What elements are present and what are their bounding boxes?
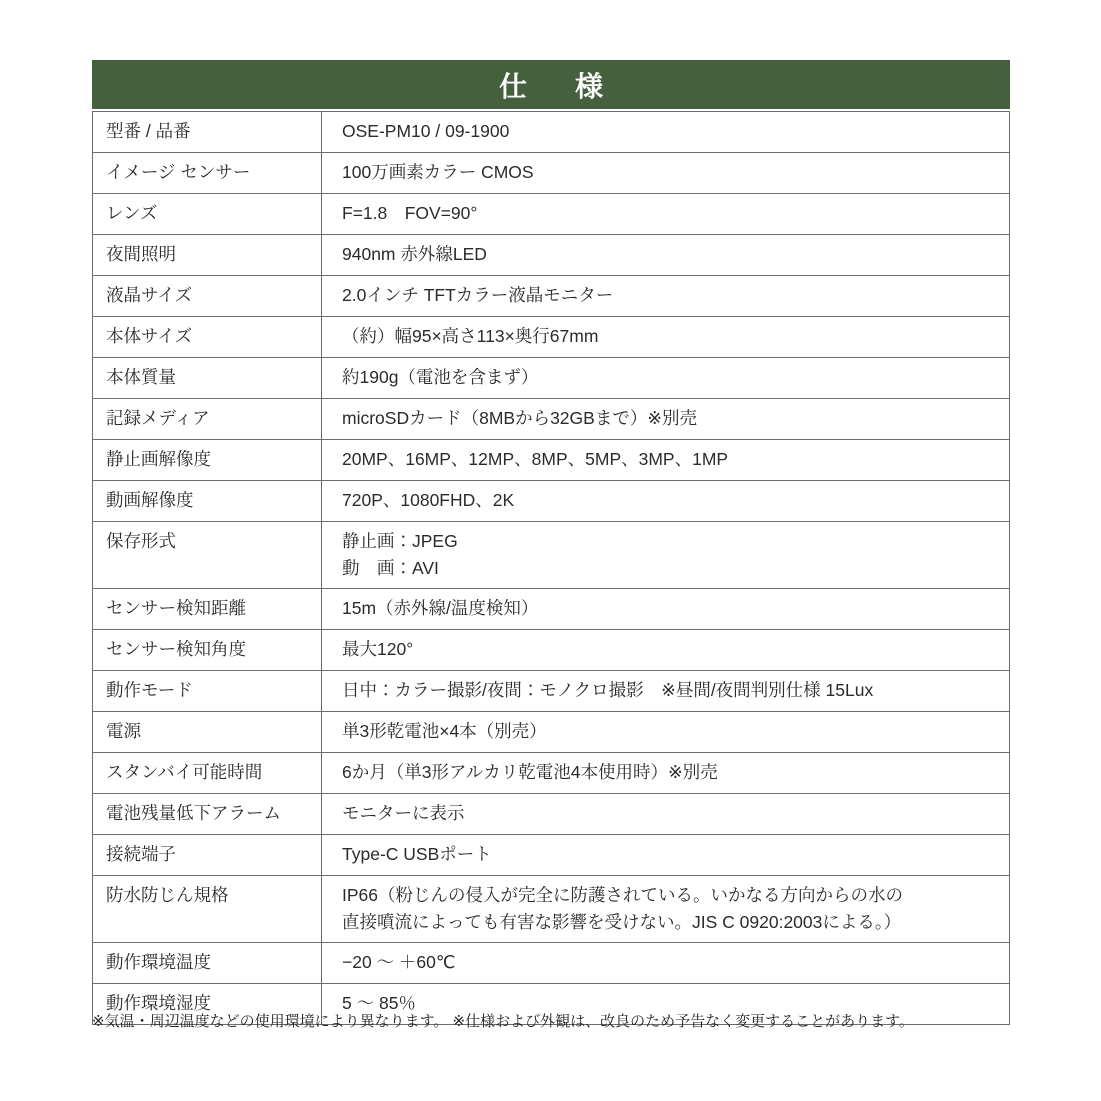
spec-table-body: 型番 / 品番 OSE-PM10 / 09-1900 イメージ センサー 100… [92,111,1010,1025]
spec-value: OSE-PM10 / 09-1900 [322,112,1009,152]
spec-label: 本体質量 [93,358,322,398]
spec-label: センサー検知距離 [93,589,322,629]
spec-value-text: 15m（赤外線/温度検知） [342,595,538,622]
spec-value: 940nm 赤外線LED [322,235,1009,275]
spec-value: F=1.8 FOV=90° [322,194,1009,234]
spec-label-text: 動画解像度 [106,487,194,514]
spec-label-text: 電池残量低下アラーム [106,800,281,827]
spec-value: モニターに表示 [322,794,1009,834]
spec-label-text: 動作モード [106,677,193,704]
spec-sheet: 仕 様 型番 / 品番 OSE-PM10 / 09-1900 イメージ センサー… [92,60,1010,1025]
spec-value: 日中：カラー撮影/夜間：モノクロ撮影 ※昼間/夜間判別仕様 15Lux [322,671,1009,711]
spec-value-text: （約）幅95×高さ113×奥行67mm [342,323,598,350]
spec-label: 型番 / 品番 [93,112,322,152]
table-row: 接続端子 Type-C USBポート [93,835,1009,876]
spec-label-text: 防水防じん規格 [106,882,229,909]
table-row: 夜間照明 940nm 赤外線LED [93,235,1009,276]
spec-label-text: 静止画解像度 [106,446,211,473]
spec-value-text: 最大120° [342,636,413,663]
spec-label-text: レンズ [106,200,158,227]
spec-value-text: Type-C USBポート [342,841,492,868]
spec-value: IP66（粉じんの侵入が完全に防護されている。いかなる方向からの水の 直接噴流に… [322,876,1009,942]
spec-value: Type-C USBポート [322,835,1009,875]
spec-label-text: 型番 / 品番 [106,118,191,145]
table-row: 型番 / 品番 OSE-PM10 / 09-1900 [93,112,1009,153]
spec-value-text: 静止画：JPEG 動 画：AVI [342,528,458,582]
spec-value: 6か月（単3形アルカリ乾電池4本使用時）※別売 [322,753,1009,793]
spec-value-text: 100万画素カラー CMOS [342,159,534,186]
spec-label: 保存形式 [93,522,322,588]
spec-label-text: 電源 [106,718,141,745]
spec-value: 最大120° [322,630,1009,670]
spec-label-text: イメージ センサー [106,159,250,186]
table-row: スタンバイ可能時間 6か月（単3形アルカリ乾電池4本使用時）※別売 [93,753,1009,794]
spec-label-text: 本体質量 [106,364,176,391]
spec-value: 2.0インチ TFTカラー液晶モニター [322,276,1009,316]
spec-value-text: F=1.8 FOV=90° [342,200,477,227]
footnote: ※気温・周辺温度などの使用環境により異なります。 ※仕様および外観は、改良のため… [92,1012,1032,1032]
spec-value-text: 日中：カラー撮影/夜間：モノクロ撮影 ※昼間/夜間判別仕様 15Lux [342,677,873,704]
spec-label-text: 記録メディア [106,405,210,432]
spec-label-text: 動作環境温度 [106,949,211,976]
table-row: 動作環境温度 −20 〜 ＋60℃ [93,943,1009,984]
spec-value-text: 約190g（電池を含まず） [342,364,538,391]
spec-label-text: 接続端子 [106,841,176,868]
table-row: 防水防じん規格 IP66（粉じんの侵入が完全に防護されている。いかなる方向からの… [93,876,1009,943]
spec-label: 記録メディア [93,399,322,439]
spec-label-text: スタンバイ可能時間 [106,759,262,786]
spec-value-text: 6か月（単3形アルカリ乾電池4本使用時）※別売 [342,759,718,786]
spec-value-text: IP66（粉じんの侵入が完全に防護されている。いかなる方向からの水の 直接噴流に… [342,882,903,936]
table-row: センサー検知角度 最大120° [93,630,1009,671]
spec-label: 電池残量低下アラーム [93,794,322,834]
table-row: 静止画解像度 20MP、16MP、12MP、8MP、5MP、3MP、1MP [93,440,1009,481]
spec-label: センサー検知角度 [93,630,322,670]
table-row: レンズ F=1.8 FOV=90° [93,194,1009,235]
table-row: 記録メディア microSDカード（8MBから32GBまで）※別売 [93,399,1009,440]
spec-label: 動作環境温度 [93,943,322,983]
spec-label-text: 本体サイズ [106,323,192,350]
spec-value: microSDカード（8MBから32GBまで）※別売 [322,399,1009,439]
table-row: センサー検知距離 15m（赤外線/温度検知） [93,589,1009,630]
spec-label: 夜間照明 [93,235,322,275]
spec-label-text: 液晶サイズ [106,282,192,309]
spec-value-text: モニターに表示 [342,800,465,827]
spec-label: 動作モード [93,671,322,711]
spec-value: 720P、1080FHD、2K [322,481,1009,521]
spec-label: レンズ [93,194,322,234]
spec-table-title: 仕 様 [92,60,1010,109]
spec-label: 液晶サイズ [93,276,322,316]
spec-value: −20 〜 ＋60℃ [322,943,1009,983]
spec-label-text: 保存形式 [106,528,176,555]
spec-label: 静止画解像度 [93,440,322,480]
table-row: イメージ センサー 100万画素カラー CMOS [93,153,1009,194]
spec-value-text: microSDカード（8MBから32GBまで）※別売 [342,405,697,432]
spec-value: 約190g（電池を含まず） [322,358,1009,398]
spec-label-text: センサー検知距離 [106,595,246,622]
spec-label: 接続端子 [93,835,322,875]
spec-value: 単3形乾電池×4本（別売） [322,712,1009,752]
spec-value-text: 単3形乾電池×4本（別売） [342,718,547,745]
spec-value-text: 720P、1080FHD、2K [342,487,514,514]
spec-value-text: 2.0インチ TFTカラー液晶モニター [342,282,613,309]
spec-value-text: 940nm 赤外線LED [342,241,487,268]
spec-value-text: 20MP、16MP、12MP、8MP、5MP、3MP、1MP [342,446,728,473]
spec-label: 電源 [93,712,322,752]
table-row: 本体サイズ （約）幅95×高さ113×奥行67mm [93,317,1009,358]
spec-label: 動画解像度 [93,481,322,521]
spec-label: 防水防じん規格 [93,876,322,942]
spec-value: 100万画素カラー CMOS [322,153,1009,193]
table-row: 電池残量低下アラーム モニターに表示 [93,794,1009,835]
table-row: 動画解像度 720P、1080FHD、2K [93,481,1009,522]
spec-value: （約）幅95×高さ113×奥行67mm [322,317,1009,357]
spec-value: 15m（赤外線/温度検知） [322,589,1009,629]
spec-label: イメージ センサー [93,153,322,193]
spec-label-text: センサー検知角度 [106,636,246,663]
spec-value-text: −20 〜 ＋60℃ [342,949,456,976]
table-row: 保存形式 静止画：JPEG 動 画：AVI [93,522,1009,589]
spec-label-text: 夜間照明 [106,241,176,268]
spec-label: 本体サイズ [93,317,322,357]
table-row: 電源 単3形乾電池×4本（別売） [93,712,1009,753]
spec-value-text: OSE-PM10 / 09-1900 [342,118,509,145]
table-row: 本体質量 約190g（電池を含まず） [93,358,1009,399]
table-row: 動作モード 日中：カラー撮影/夜間：モノクロ撮影 ※昼間/夜間判別仕様 15Lu… [93,671,1009,712]
table-row: 液晶サイズ 2.0インチ TFTカラー液晶モニター [93,276,1009,317]
spec-label: スタンバイ可能時間 [93,753,322,793]
spec-value: 20MP、16MP、12MP、8MP、5MP、3MP、1MP [322,440,1009,480]
spec-value: 静止画：JPEG 動 画：AVI [322,522,1009,588]
